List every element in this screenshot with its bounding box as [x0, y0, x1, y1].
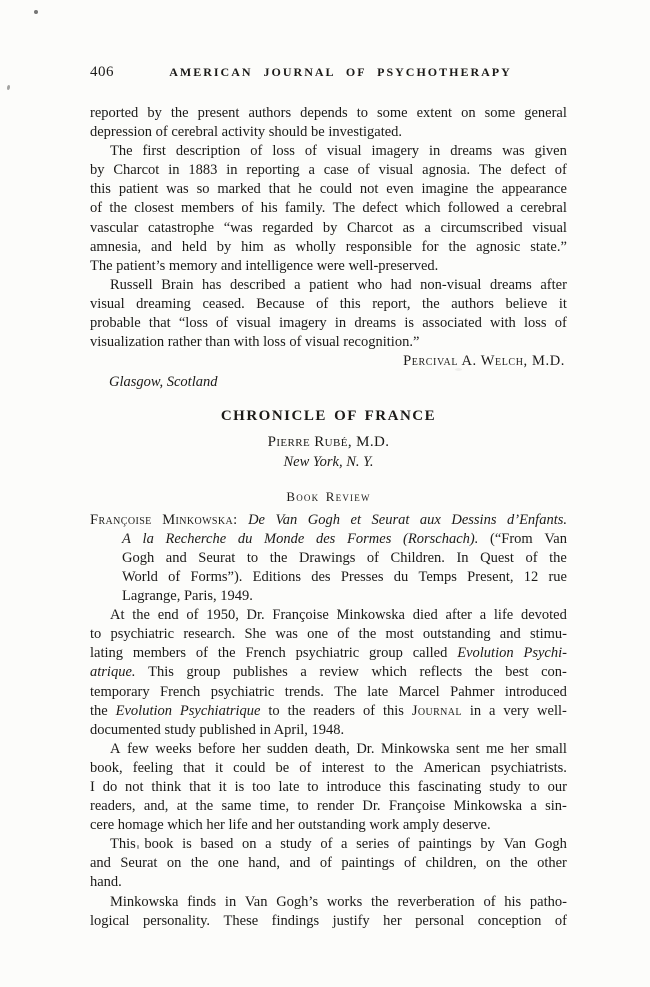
text-line: RussellBrainhasdescribedapatientwhohadno… [90, 276, 567, 295]
text-line: andSeuratontheonehand,andofpaintingsofch… [90, 854, 567, 873]
text-line: documented study published in April, 194… [90, 721, 567, 740]
text-line: readers,and,atthesametime,torenderDr.Fra… [90, 797, 567, 816]
paragraph: Attheendof1950,Dr.FrançoiseMinkowskadied… [90, 606, 567, 740]
text-line: latingmembersoftheFrenchpsychiatricgroup… [90, 644, 567, 663]
text-line: book,feelingthatitcouldbeofinteresttothe… [90, 759, 567, 778]
book-citation: FrançoiseMinkowska:DeVanGoghetSeuratauxD… [90, 511, 567, 606]
text-line: Thefirstdescriptionoflossofvisualimagery… [90, 142, 567, 161]
text-line: reportedbythepresentauthorsdependstosome… [90, 104, 567, 123]
paragraph: MinkowskafindsinVanGogh’sworksthereverbe… [90, 893, 567, 931]
page-header: 406 AMERICAN JOURNAL OF PSYCHOTHERAPY [90, 64, 567, 81]
page-body: reportedbythepresentauthorsdependstosome… [90, 104, 567, 931]
text-line: depression of cerebral activity should b… [90, 123, 567, 142]
paragraph: Thisbookisbasedonastudyofaseriesofpainti… [90, 835, 567, 892]
text-line: temporaryFrenchpsychiatrictrends.Thelate… [90, 683, 567, 702]
text-line: Thisbookisbasedonastudyofaseriesofpainti… [90, 835, 567, 854]
text-line: logicalpersonality.Thesefindingsjustifyh… [90, 912, 567, 931]
document-page: 406 AMERICAN JOURNAL OF PSYCHOTHERAPY re… [0, 0, 650, 987]
text-line: cere homage which her life and her outst… [90, 816, 567, 835]
text-line: probablethat“lossofvisualimageryindreams… [90, 314, 567, 333]
paragraph: Afewweeksbeforehersuddendeath,Dr.Minkows… [90, 740, 567, 835]
scan-speck [34, 10, 38, 14]
text-line: amnesia,andheldbyhimaswhollyresponsiblef… [90, 238, 567, 257]
text-line: MinkowskafindsinVanGogh’sworksthereverbe… [90, 893, 567, 912]
text-line: theEvolutionPsychiatriquetothereadersoft… [90, 702, 567, 721]
text-line: FrançoiseMinkowska:DeVanGoghetSeuratauxD… [90, 511, 567, 530]
review-text: FrançoiseMinkowska:DeVanGoghetSeuratauxD… [90, 511, 567, 931]
text-line: oftheclosestmembersofhisfamily.Thedefect… [90, 199, 567, 218]
signature-name: Percival A. Welch, M.D. [403, 353, 565, 369]
text-line: visualdreamingceased.Becauseofthisreport… [90, 295, 567, 314]
text-line: thispatientwassomarkedthathecouldnoteven… [90, 180, 567, 199]
signature-location: Glasgow, Scotland [90, 373, 567, 392]
text-line: Idonotthinkthatitistoolatetointroducethi… [90, 778, 567, 797]
byline-author: Pierre Rubé, M.D. [90, 433, 567, 452]
section-heading: CHRONICLE OF FRANCE [90, 406, 567, 426]
text-line: WorldofForms”).EditionsdesPressesduTemps… [90, 568, 567, 587]
paragraph: reportedbythepresentauthorsdependstosome… [90, 104, 567, 142]
text-line: vascularcatastrophe“wasregardedbyCharcot… [90, 219, 567, 238]
text-line: AlaRechercheduMondedesFormes(Rorschach).… [90, 530, 567, 549]
text-line: Attheendof1950,Dr.FrançoiseMinkowskadied… [90, 606, 567, 625]
text-line: Lagrange, Paris, 1949. [90, 587, 567, 606]
paragraph: RussellBrainhasdescribedapatientwhohadno… [90, 276, 567, 352]
text-line: byCharcotin1883inreportingacaseofvisuala… [90, 161, 567, 180]
page-number: 406 [90, 64, 114, 81]
subsection-heading: Book Review [90, 487, 567, 506]
text-line: GoghandSeurattotheDrawingsofChildren.InQ… [90, 549, 567, 568]
text-line: visualization rather than with loss of v… [90, 333, 567, 352]
paragraph: Thefirstdescriptionoflossofvisualimagery… [90, 142, 567, 276]
letter-text: reportedbythepresentauthorsdependstosome… [90, 104, 567, 352]
text-line: hand. [90, 873, 567, 892]
scan-speck [7, 85, 10, 90]
text-line: atrique.Thisgrouppublishesareviewwhichre… [90, 663, 567, 682]
byline-location: New York, N. Y. [90, 453, 567, 472]
running-title: AMERICAN JOURNAL OF PSYCHOTHERAPY [114, 65, 567, 80]
text-line: The patient’s memory and intelligence we… [90, 257, 567, 276]
signature-line: Percival A. Welch, M.D. [90, 352, 567, 371]
text-line: Afewweeksbeforehersuddendeath,Dr.Minkows… [90, 740, 567, 759]
text-line: topsychiatricresearch.Shewasoneofthemost… [90, 625, 567, 644]
